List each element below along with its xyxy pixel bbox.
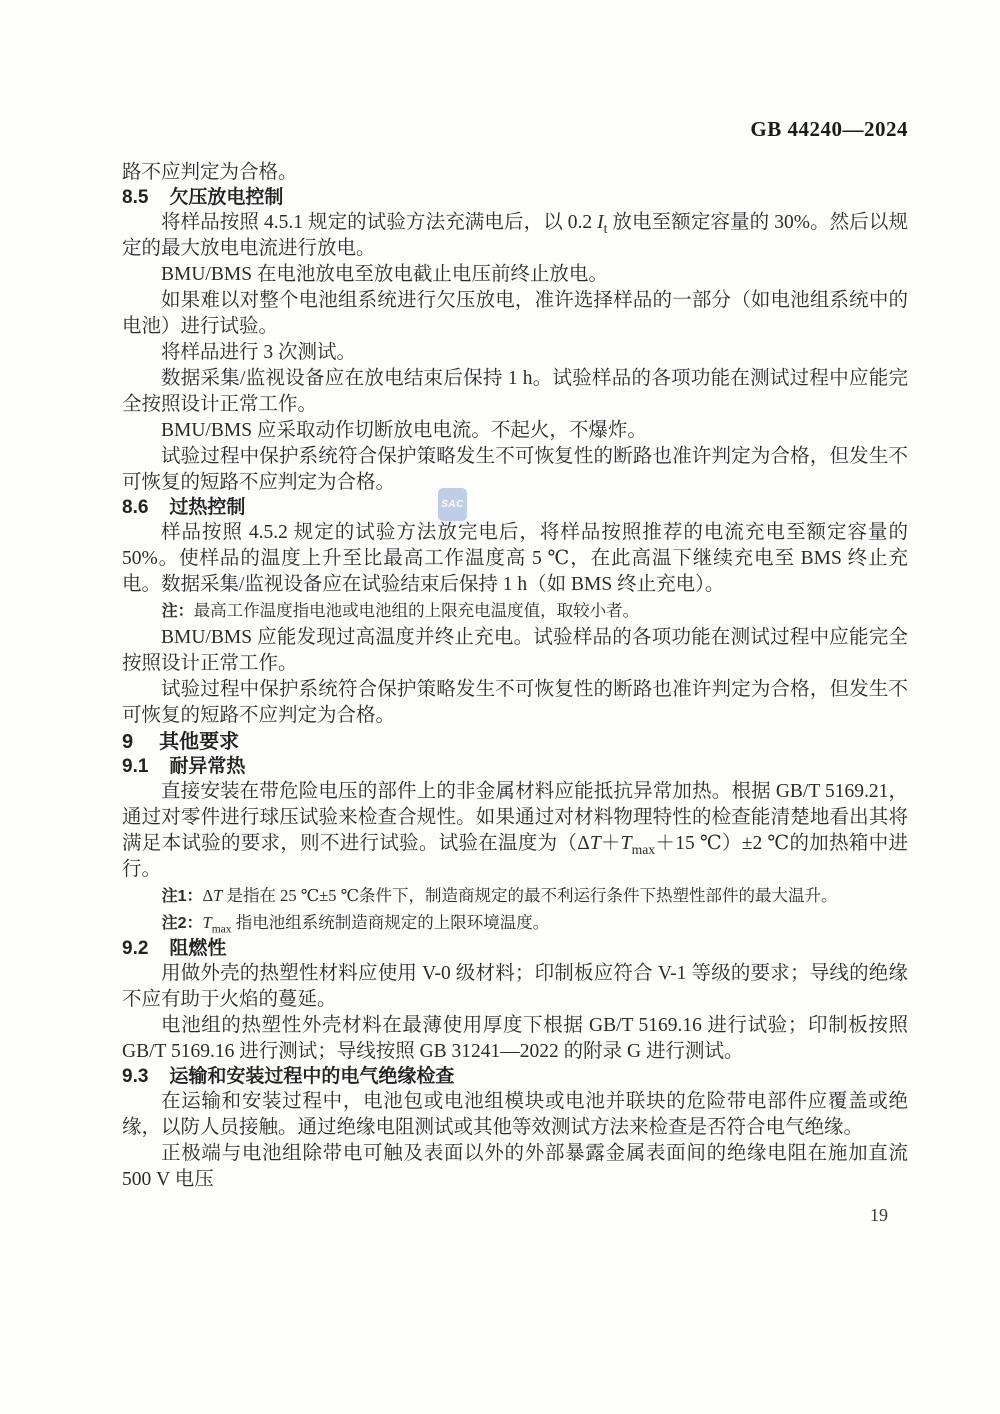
section-heading-9-1: 9.1耐异常热	[122, 755, 908, 779]
note-text: Δ	[203, 886, 214, 905]
paragraph-8-6-3: 试验过程中保护系统符合保护策略发生不可恢复性的断路也准许判定为合格，但发生不可恢…	[122, 677, 908, 729]
section-heading-8-5: 8.5欠压放电控制	[122, 186, 908, 210]
section-title: 耐异常热	[169, 756, 245, 777]
paragraph-8-6-2: BMU/BMS 应能发现过高温度并终止充电。试验样品的各项功能在测试过程中应能完…	[122, 625, 908, 677]
section-number: 9.1	[122, 756, 148, 777]
note-label: 注：	[162, 603, 194, 620]
note-label: 注1：	[162, 888, 203, 905]
section-title: 过热控制	[169, 497, 245, 518]
variable-deltaT: T	[590, 833, 601, 854]
document-page: SAC GB 44240—2024 路不应判定为合格。 8.5欠压放电控制 将样…	[0, 0, 1000, 1414]
note-9-1-1: 注1：ΔT 是指在 25 ℃±5 ℃条件下，制造商规定的最不利运行条件下热塑性部…	[122, 883, 908, 910]
note-text: 指电池组系统制造商规定的上限环境温度。	[232, 913, 550, 932]
variable-Tmax-subscript: max	[212, 923, 232, 935]
note-8-6: 注：最高工作温度指电池或电池组的上限充电温度值，取较小者。	[122, 598, 908, 625]
section-number: 8.6	[122, 497, 148, 518]
paragraph-8-5-5: 数据采集/监视设备应在放电结束后保持 1 h。试验样品的各项功能在测试过程中应能…	[122, 366, 908, 418]
chapter-heading-9: 9其他要求	[122, 729, 908, 755]
continued-paragraph: 路不应判定为合格。	[122, 160, 908, 186]
paragraph-9-2-2: 电池组的热塑性外壳材料在最薄使用厚度下根据 GB/T 5169.16 进行试验；…	[122, 1013, 908, 1065]
section-heading-9-3: 9.3运输和安装过程中的电气绝缘检查	[122, 1065, 908, 1089]
paragraph-9-2-1: 用做外壳的热塑性材料应使用 V-0 级材料；印制板应符合 V-1 等级的要求；导…	[122, 961, 908, 1013]
section-title: 运输和安装过程中的电气绝缘检查	[169, 1066, 454, 1087]
paragraph-8-5-1: 将样品按照 4.5.1 规定的试验方法充满电后，以 0.2 It 放电至额定容量…	[122, 210, 908, 262]
paragraph-8-5-7: 试验过程中保护系统符合保护策略发生不可恢复性的断路也准许判定为合格，但发生不可恢…	[122, 444, 908, 496]
section-title: 阻燃性	[169, 938, 226, 959]
paragraph-9-1-1: 直接安装在带危险电压的部件上的非金属材料应能抵抗异常加热。根据 GB/T 516…	[122, 779, 908, 883]
paragraph-8-6-1: 样品按照 4.5.2 规定的试验方法放完电后，将样品按照推荐的电流充电至额定容量…	[122, 520, 908, 598]
paragraph-text: ＋	[601, 833, 621, 854]
variable-Tmax: T	[621, 833, 632, 854]
section-title: 欠压放电控制	[169, 187, 283, 208]
page-content: GB 44240—2024 路不应判定为合格。 8.5欠压放电控制 将样品按照 …	[122, 118, 908, 1226]
paragraph-9-3-1: 在运输和安装过程中，电池包或电池组模块或电池并联块的危险带电部件应覆盖或绝缘，以…	[122, 1089, 908, 1141]
chapter-title: 其他要求	[159, 731, 239, 753]
note-label: 注2：	[162, 915, 203, 932]
section-number: 9.2	[122, 938, 148, 959]
paragraph-8-5-6: BMU/BMS 应采取动作切断放电电流。不起火，不爆炸。	[122, 418, 908, 444]
section-number: 9.3	[122, 1066, 148, 1087]
variable-deltaT: T	[213, 886, 222, 905]
chapter-number: 9	[122, 731, 133, 753]
page-number: 19	[122, 1205, 908, 1226]
paragraph-8-5-4: 将样品进行 3 次测试。	[122, 340, 908, 366]
variable-Tmax: T	[203, 913, 212, 932]
paragraph-9-3-2: 正极端与电池组除带电可触及表面以外的外部暴露金属表面间的绝缘电阻在施加直流 50…	[122, 1141, 908, 1193]
paragraph-8-5-2: BMU/BMS 在电池放电至放电截止电压前终止放电。	[122, 262, 908, 288]
note-9-1-2: 注2：Tmax 指电池组系统制造商规定的上限环境温度。	[122, 910, 908, 937]
paragraph-8-5-3: 如果难以对整个电池组系统进行欠压放电，准许选择样品的一部分（如电池组系统中的电池…	[122, 288, 908, 340]
paragraph-text: 将样品按照 4.5.1 规定的试验方法充满电后，以 0.2	[161, 212, 597, 233]
section-number: 8.5	[122, 187, 148, 208]
note-text: 最高工作温度指电池或电池组的上限充电温度值，取较小者。	[194, 601, 640, 620]
doc-number-header: GB 44240—2024	[122, 118, 908, 140]
note-text: 是指在 25 ℃±5 ℃条件下，制造商规定的最不利运行条件下热塑性部件的最大温升…	[222, 886, 837, 905]
variable-Tmax-subscript: max	[632, 842, 656, 857]
section-heading-9-2: 9.2阻燃性	[122, 937, 908, 961]
section-heading-8-6: 8.6过热控制	[122, 496, 908, 520]
